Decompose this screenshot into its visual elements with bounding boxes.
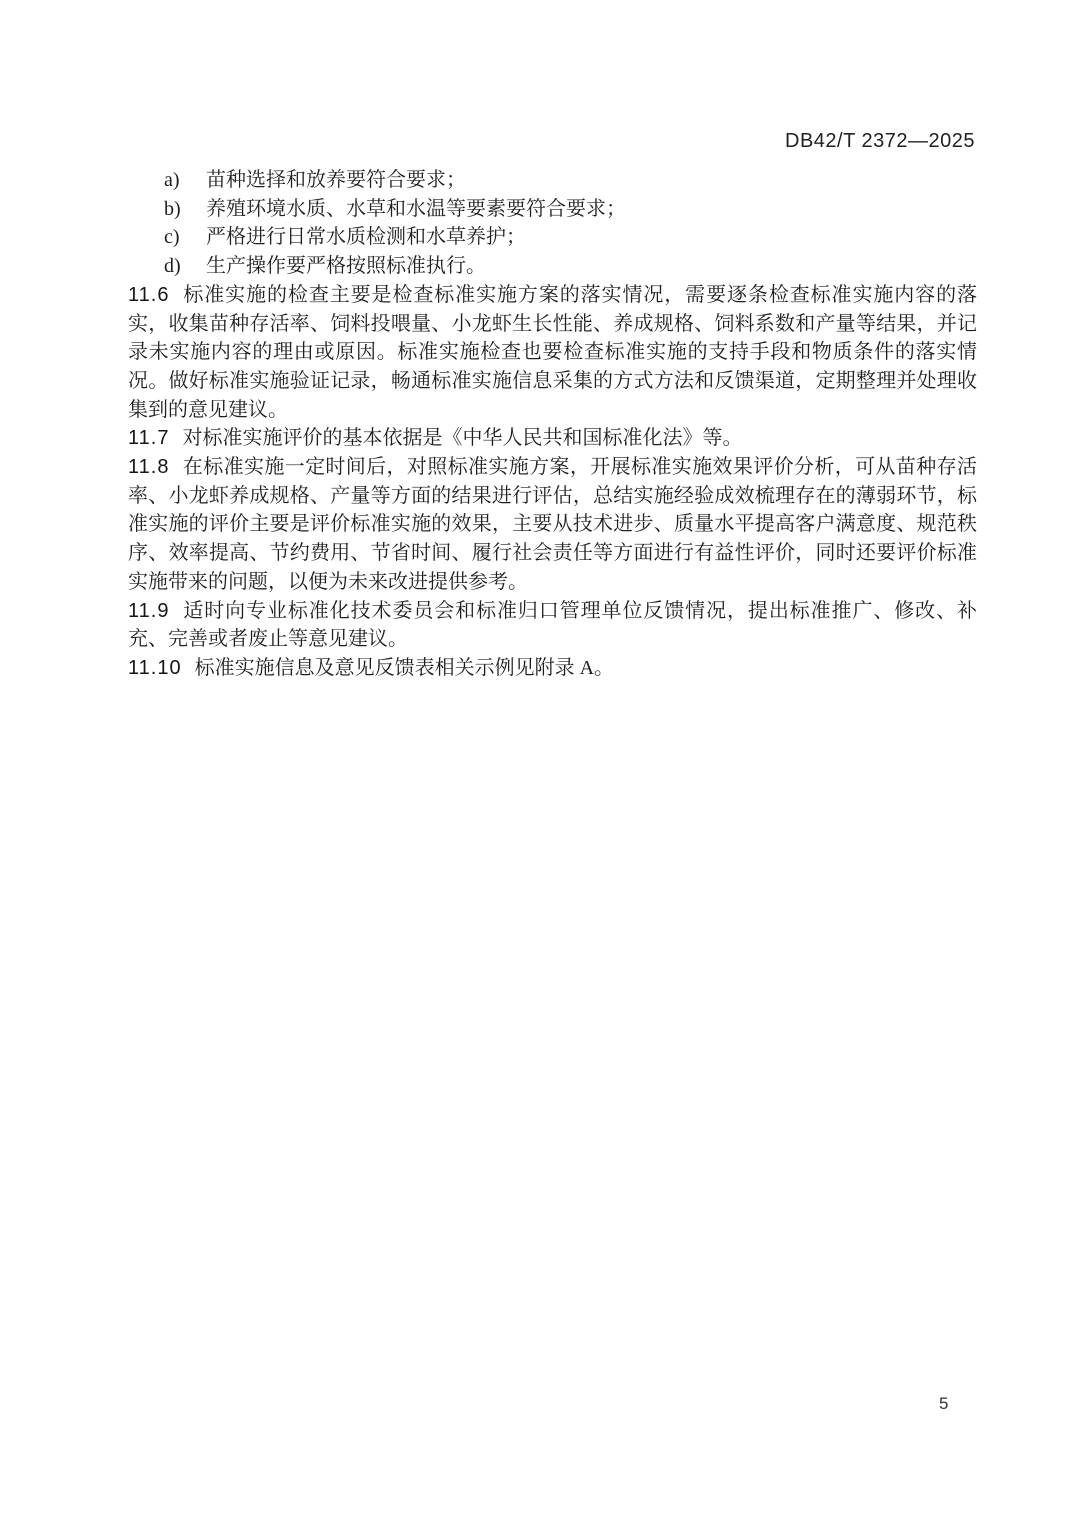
clause-number: 11.10 bbox=[128, 657, 182, 679]
clause-text: 在标准实施一定时间后，对照标准实施方案，开展标准实施效果评价分析，可从苗种存活率… bbox=[128, 456, 977, 593]
list-item-text: 苗种选择和放养要符合要求； bbox=[206, 169, 466, 191]
list-item: c)严格进行日常水质检测和水草养护； bbox=[128, 223, 977, 252]
clause-text: 适时向专业标准化技术委员会和标准归口管理单位反馈情况，提出标准推广、修改、补充、… bbox=[128, 600, 977, 651]
page-number: 5 bbox=[939, 1394, 948, 1414]
list-item-text: 严格进行日常水质检测和水草养护； bbox=[206, 226, 526, 248]
document-page: DB42/T 2372—2025 a)苗种选择和放养要符合要求； b)养殖环境水… bbox=[0, 0, 1074, 1520]
clause-text: 对标准实施评价的基本依据是《中华人民共和国标准化法》等。 bbox=[182, 427, 742, 449]
clause-number: 11.8 bbox=[128, 456, 169, 478]
list-item: b)养殖环境水质、水草和水温等要素要符合要求； bbox=[128, 195, 977, 224]
clause-text: 标准实施的检查主要是检查标准实施方案的落实情况，需要逐条检查标准实施内容的落实，… bbox=[128, 284, 977, 421]
lettered-list: a)苗种选择和放养要符合要求； b)养殖环境水质、水草和水温等要素要符合要求； … bbox=[128, 166, 977, 281]
list-item-text: 养殖环境水质、水草和水温等要素要符合要求； bbox=[206, 198, 626, 220]
document-code-header: DB42/T 2372—2025 bbox=[785, 130, 975, 153]
clause-number: 11.6 bbox=[128, 284, 169, 306]
clause-11-7: 11.7对标准实施评价的基本依据是《中华人民共和国标准化法》等。 bbox=[128, 424, 977, 453]
list-item-marker: d) bbox=[164, 252, 206, 281]
document-body: a)苗种选择和放养要符合要求； b)养殖环境水质、水草和水温等要素要符合要求； … bbox=[128, 166, 977, 683]
clause-number: 11.7 bbox=[128, 427, 169, 449]
clause-text: 标准实施信息及意见反馈表相关示例见附录 A。 bbox=[195, 657, 614, 679]
list-item-marker: a) bbox=[164, 166, 206, 195]
clause-11-9: 11.9适时向专业标准化技术委员会和标准归口管理单位反馈情况，提出标准推广、修改… bbox=[128, 597, 977, 654]
clause-number: 11.9 bbox=[128, 600, 169, 622]
list-item-marker: c) bbox=[164, 223, 206, 252]
clause-11-8: 11.8在标准实施一定时间后，对照标准实施方案，开展标准实施效果评价分析，可从苗… bbox=[128, 453, 977, 597]
clause-11-10: 11.10标准实施信息及意见反馈表相关示例见附录 A。 bbox=[128, 654, 977, 683]
list-item-text: 生产操作要严格按照标准执行。 bbox=[206, 255, 486, 277]
clause-11-6: 11.6标准实施的检查主要是检查标准实施方案的落实情况，需要逐条检查标准实施内容… bbox=[128, 281, 977, 425]
list-item: a)苗种选择和放养要符合要求； bbox=[128, 166, 977, 195]
list-item-marker: b) bbox=[164, 195, 206, 224]
list-item: d)生产操作要严格按照标准执行。 bbox=[128, 252, 977, 281]
